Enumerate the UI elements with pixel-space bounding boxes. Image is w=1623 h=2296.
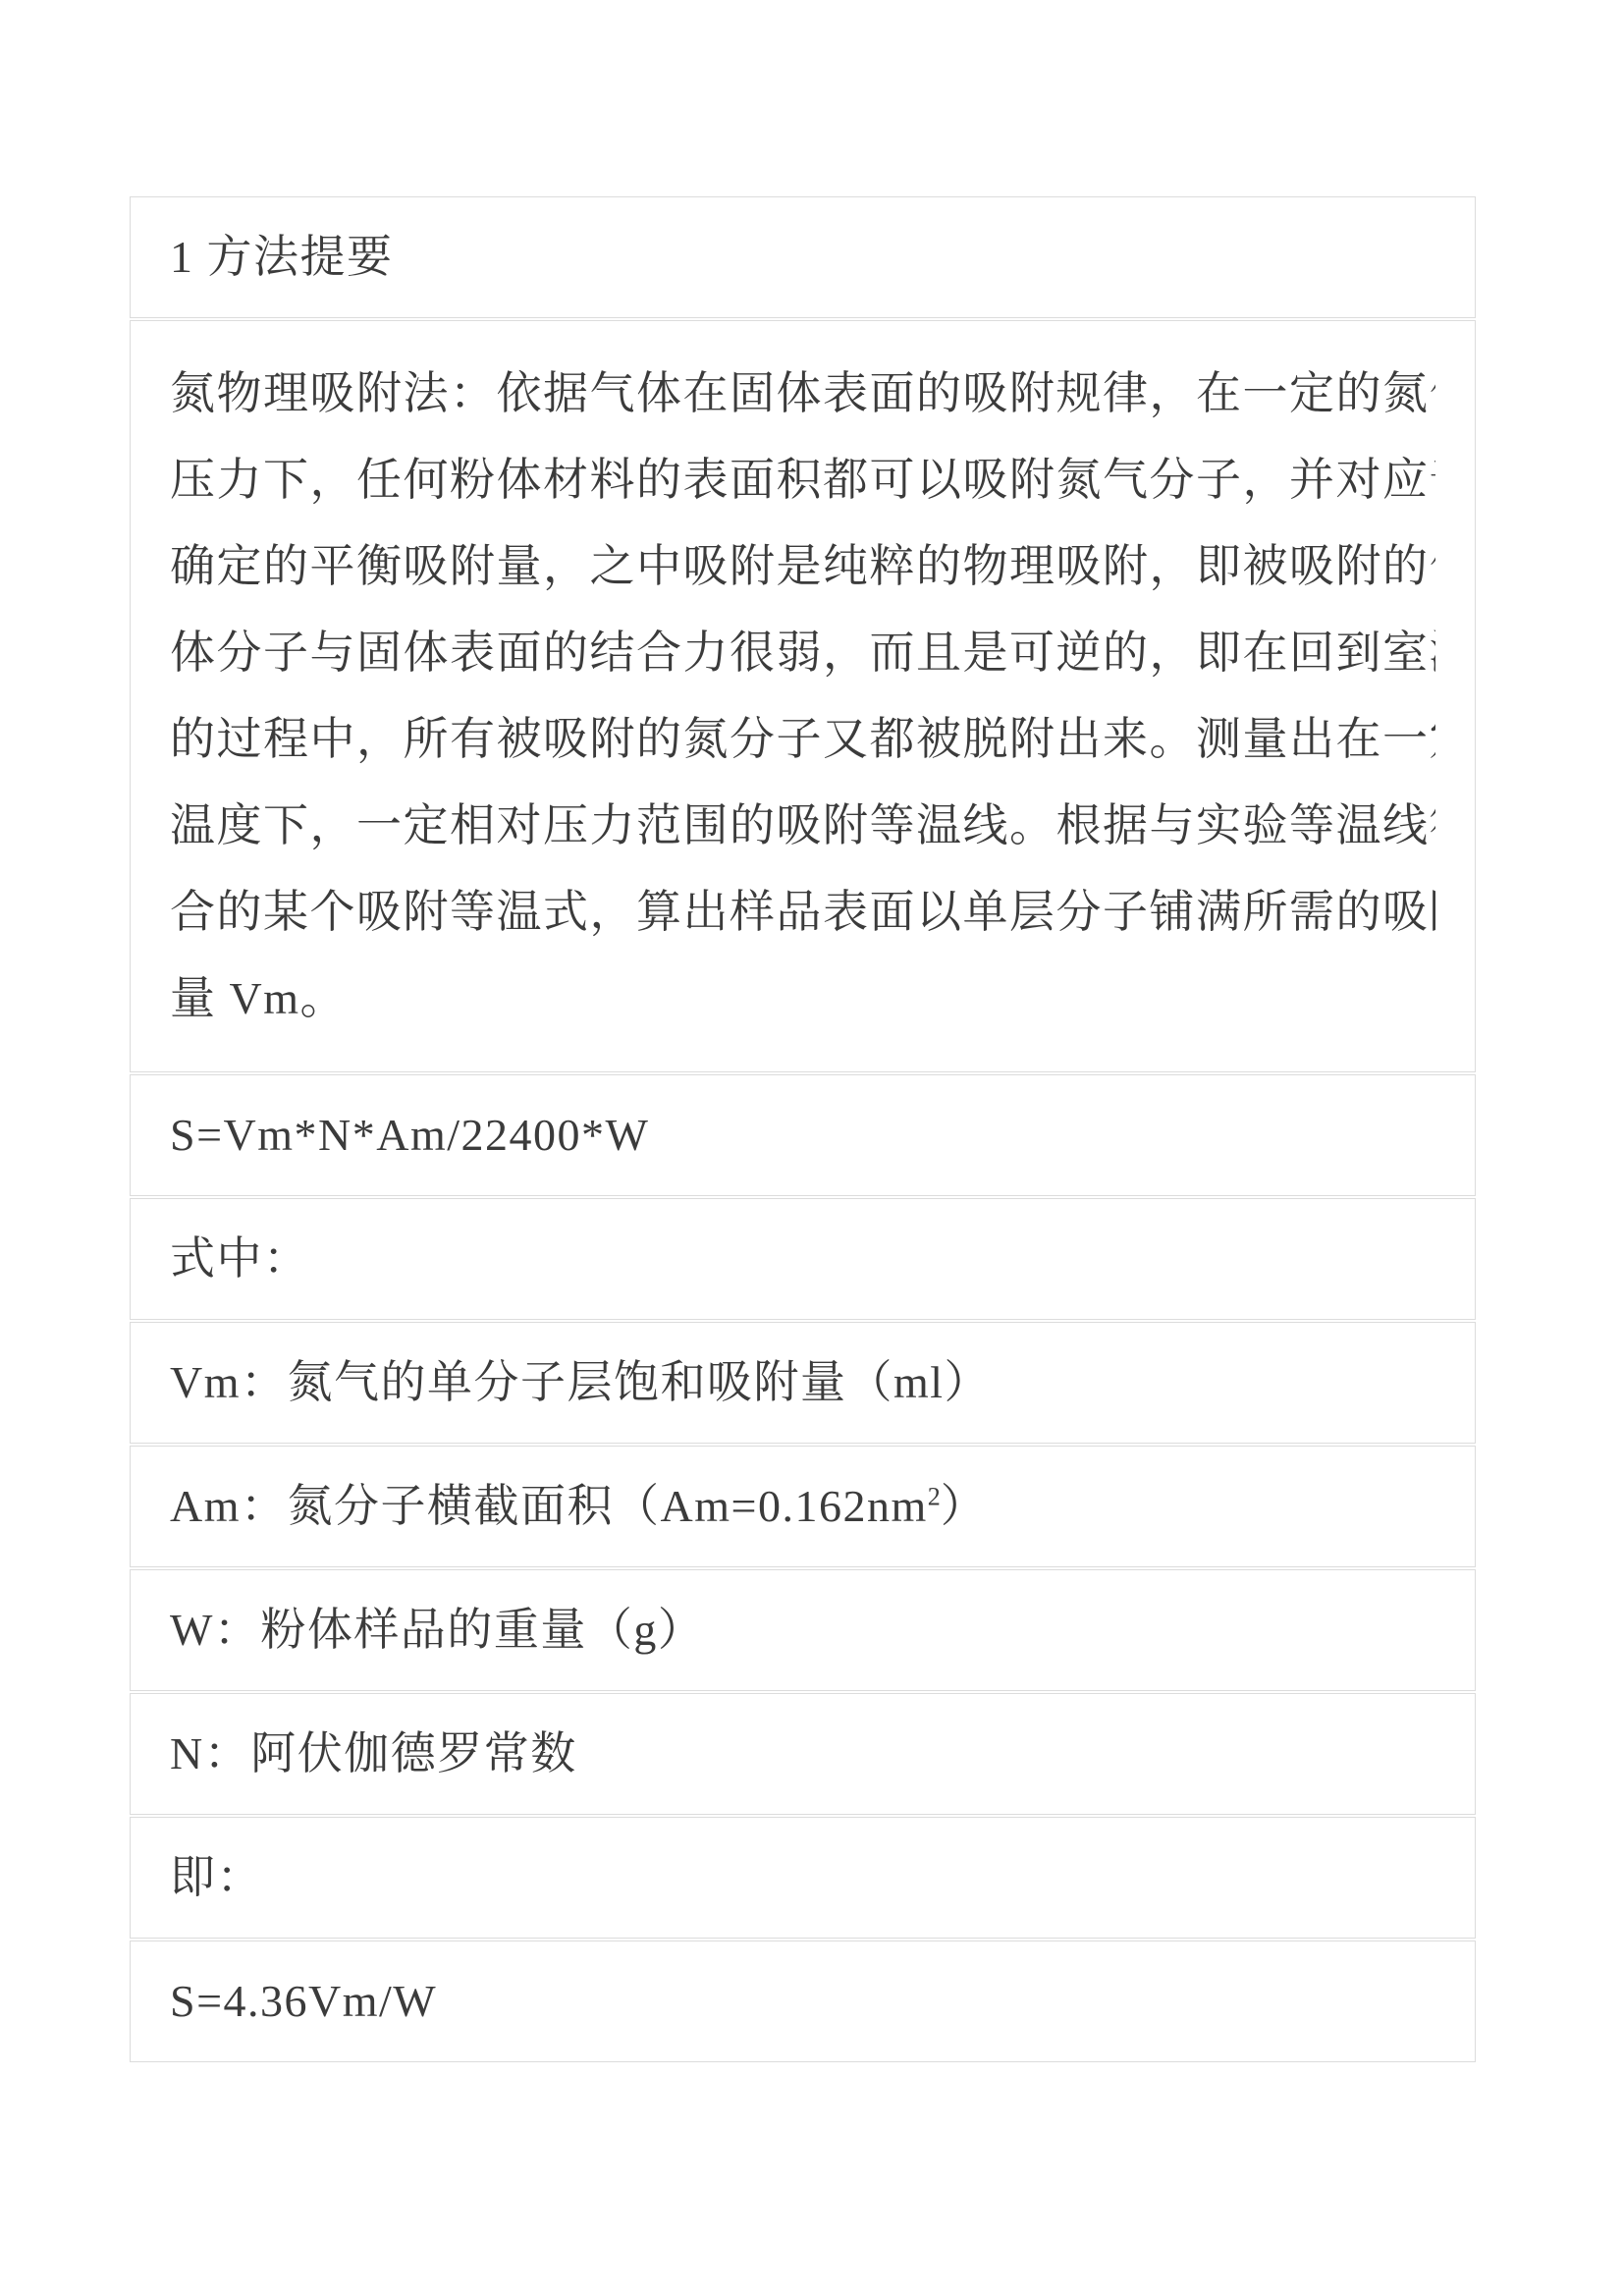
bet-formula-text: S=Vm*N*Am/22400*W xyxy=(170,1110,649,1160)
definition-n-row: N：阿伏伽德罗常数 xyxy=(130,1693,1476,1815)
paragraph-line: 温度下，一定相对压力范围的吸附等温线。根据与实验等温线符 xyxy=(170,783,1435,869)
namely-label-row: 即： xyxy=(130,1817,1476,1939)
paragraph-line: 体分子与固体表面的结合力很弱，而且是可逆的，即在回到室温 xyxy=(170,610,1435,696)
paragraph-line: 的过程中，所有被吸附的氮分子又都被脱附出来。测量出在一定 xyxy=(170,696,1435,783)
paragraph-line: 氮物理吸附法：依据气体在固体表面的吸附规律，在一定的氮气 xyxy=(170,351,1435,437)
definition-vm-text: Vm：氮气的单分子层饱和吸附量（ml） xyxy=(170,1357,991,1407)
definition-am-superscript: 2 xyxy=(928,1483,941,1511)
paragraph-line: 确定的平衡吸附量，之中吸附是纯粹的物理吸附，即被吸附的气 xyxy=(170,523,1435,610)
paragraph-line: 压力下，任何粉体材料的表面积都可以吸附氮气分子，并对应于 xyxy=(170,437,1435,523)
definition-w-row: W：粉体样品的重量（g） xyxy=(130,1569,1476,1691)
method-description-paragraph: 氮物理吸附法：依据气体在固体表面的吸附规律，在一定的氮气 压力下，任何粉体材料的… xyxy=(130,320,1476,1072)
legend-label-row: 式中： xyxy=(130,1198,1476,1320)
definition-w-text: W：粉体样品的重量（g） xyxy=(170,1605,704,1655)
legend-label-text: 式中： xyxy=(170,1233,310,1284)
method-summary-table: 1 方法提要 氮物理吸附法：依据气体在固体表面的吸附规律，在一定的氮气 压力下，… xyxy=(130,196,1476,2064)
simplified-formula-row: S=4.36Vm/W xyxy=(130,1941,1476,2062)
paragraph-line: 量 Vm。 xyxy=(170,956,1435,1042)
namely-label-text: 即： xyxy=(170,1852,263,1902)
definition-vm-row: Vm：氮气的单分子层饱和吸附量（ml） xyxy=(130,1322,1476,1444)
section-heading-row: 1 方法提要 xyxy=(130,196,1476,318)
bet-formula-row: S=Vm*N*Am/22400*W xyxy=(130,1074,1476,1196)
section-heading-text: 1 方法提要 xyxy=(170,232,394,282)
paragraph-line: 合的某个吸附等温式，算出样品表面以单层分子铺满所需的吸附 xyxy=(170,869,1435,956)
definition-am-prefix: Am：氮分子横截面积（Am=0.162nm xyxy=(170,1481,928,1531)
definition-am-suffix: ） xyxy=(941,1481,988,1531)
page: { "page": { "background": "#ffffff", "te… xyxy=(0,0,1623,2296)
definition-n-text: N：阿伏伽德罗常数 xyxy=(170,1728,577,1778)
simplified-formula-text: S=4.36Vm/W xyxy=(170,1976,437,2026)
definition-am-row: Am：氮分子横截面积（Am=0.162nm2） xyxy=(130,1446,1476,1567)
